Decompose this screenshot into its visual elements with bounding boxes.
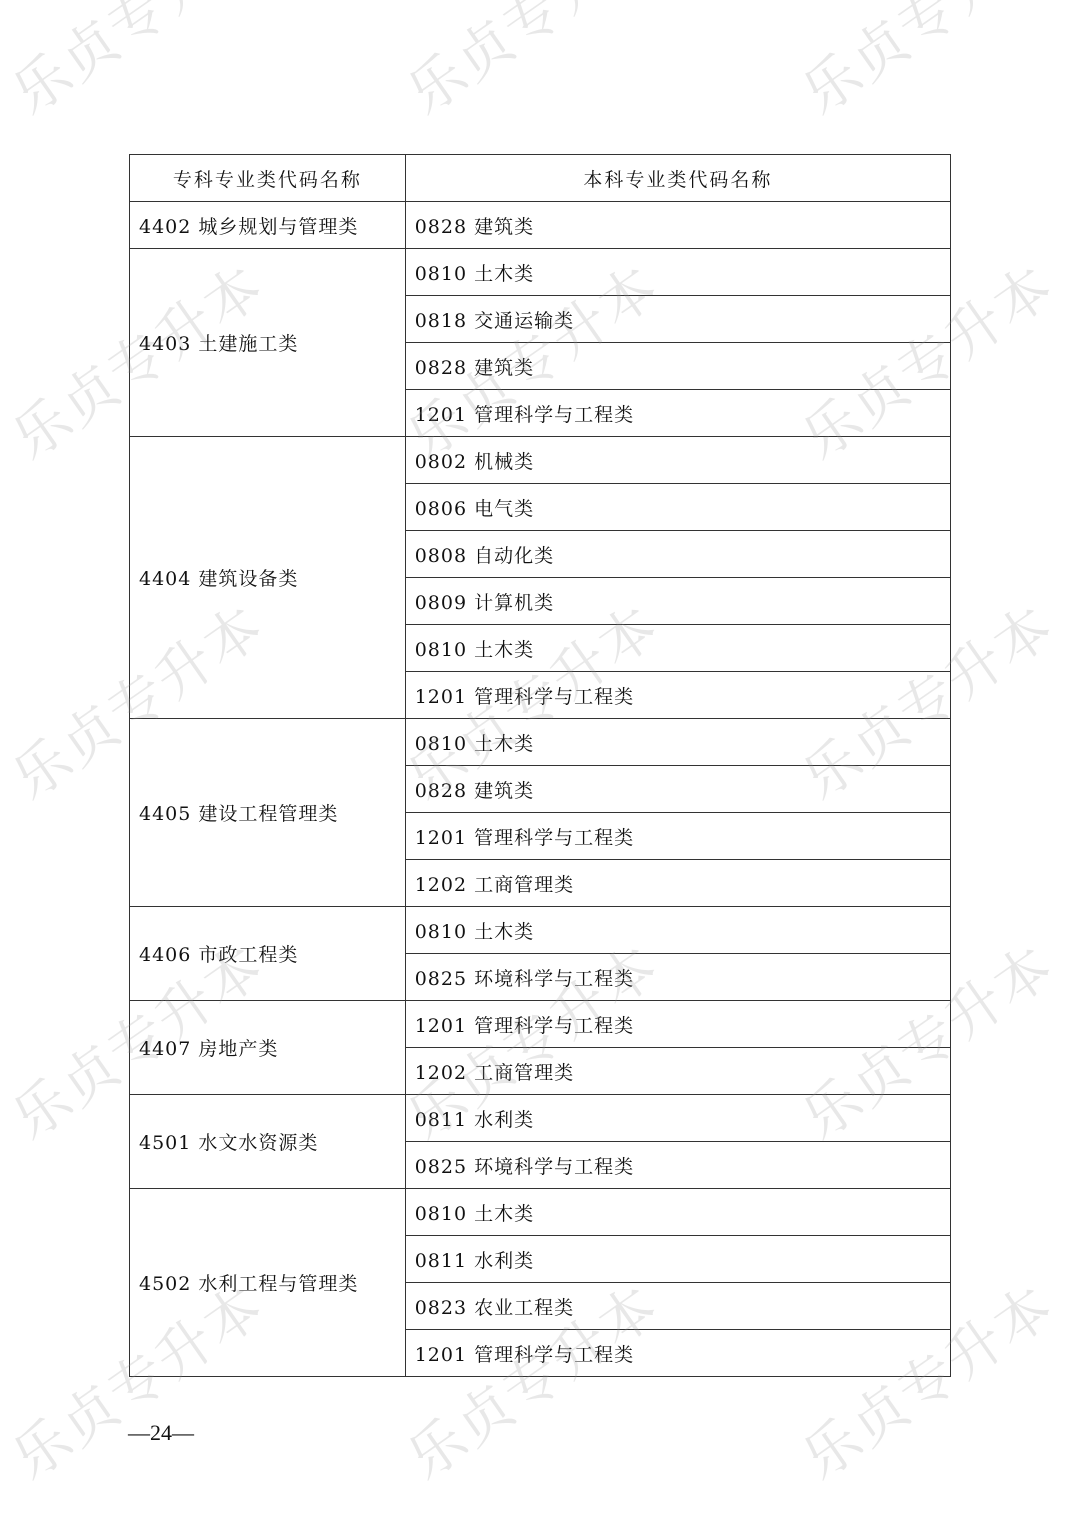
benke-cell: 0825 环境科学与工程类 (405, 1142, 950, 1189)
zhuanke-cell: 4402 城乡规划与管理类 (130, 202, 406, 249)
benke-cell: 1201 管理科学与工程类 (405, 1001, 950, 1048)
benke-cell: 0811 水利类 (405, 1236, 950, 1283)
benke-cell: 0810 土木类 (405, 907, 950, 954)
page-number: —24— (128, 1420, 194, 1446)
benke-cell: 0828 建筑类 (405, 202, 950, 249)
benke-cell: 0810 土木类 (405, 249, 950, 296)
zhuanke-cell: 4406 市政工程类 (130, 907, 406, 1001)
table-row: 4501 水文水资源类0811 水利类 (130, 1095, 951, 1142)
zhuanke-cell: 4501 水文水资源类 (130, 1095, 406, 1189)
benke-cell: 0808 自动化类 (405, 531, 950, 578)
benke-cell: 1201 管理科学与工程类 (405, 390, 950, 437)
benke-cell: 0825 环境科学与工程类 (405, 954, 950, 1001)
zhuanke-cell: 4502 水利工程与管理类 (130, 1189, 406, 1377)
zhuanke-cell: 4407 房地产类 (130, 1001, 406, 1095)
table-header-row: 专科专业类代码名称 本科专业类代码名称 (130, 155, 951, 202)
table-row: 4405 建设工程管理类0810 土木类 (130, 719, 951, 766)
benke-cell: 0810 土木类 (405, 719, 950, 766)
benke-cell: 0809 计算机类 (405, 578, 950, 625)
benke-cell: 0802 机械类 (405, 437, 950, 484)
header-zhuanke: 专科专业类代码名称 (130, 155, 406, 202)
benke-cell: 1202 工商管理类 (405, 1048, 950, 1095)
benke-cell: 1201 管理科学与工程类 (405, 813, 950, 860)
zhuanke-cell: 4404 建筑设备类 (130, 437, 406, 719)
zhuanke-cell: 4403 土建施工类 (130, 249, 406, 437)
table-row: 4407 房地产类1201 管理科学与工程类 (130, 1001, 951, 1048)
table-row: 4406 市政工程类0810 土木类 (130, 907, 951, 954)
benke-cell: 0810 土木类 (405, 1189, 950, 1236)
header-benke: 本科专业类代码名称 (405, 155, 950, 202)
benke-cell: 0818 交通运输类 (405, 296, 950, 343)
benke-cell: 0828 建筑类 (405, 766, 950, 813)
benke-cell: 0823 农业工程类 (405, 1283, 950, 1330)
table-row: 4404 建筑设备类0802 机械类 (130, 437, 951, 484)
benke-cell: 1201 管理科学与工程类 (405, 1330, 950, 1377)
watermark-text: 乐贞专升本 (784, 0, 1067, 130)
benke-cell: 1202 工商管理类 (405, 860, 950, 907)
major-mapping-table: 专科专业类代码名称 本科专业类代码名称 4402 城乡规划与管理类0828 建筑… (129, 154, 951, 1377)
benke-cell: 0811 水利类 (405, 1095, 950, 1142)
benke-cell: 0806 电气类 (405, 484, 950, 531)
benke-cell: 1201 管理科学与工程类 (405, 672, 950, 719)
watermark-text: 乐贞专升本 (0, 0, 278, 130)
benke-cell: 0828 建筑类 (405, 343, 950, 390)
table-row: 4502 水利工程与管理类0810 土木类 (130, 1189, 951, 1236)
zhuanke-cell: 4405 建设工程管理类 (130, 719, 406, 907)
benke-cell: 0810 土木类 (405, 625, 950, 672)
watermark-text: 乐贞专升本 (389, 0, 672, 130)
table-row: 4403 土建施工类0810 土木类 (130, 249, 951, 296)
table-row: 4402 城乡规划与管理类0828 建筑类 (130, 202, 951, 249)
